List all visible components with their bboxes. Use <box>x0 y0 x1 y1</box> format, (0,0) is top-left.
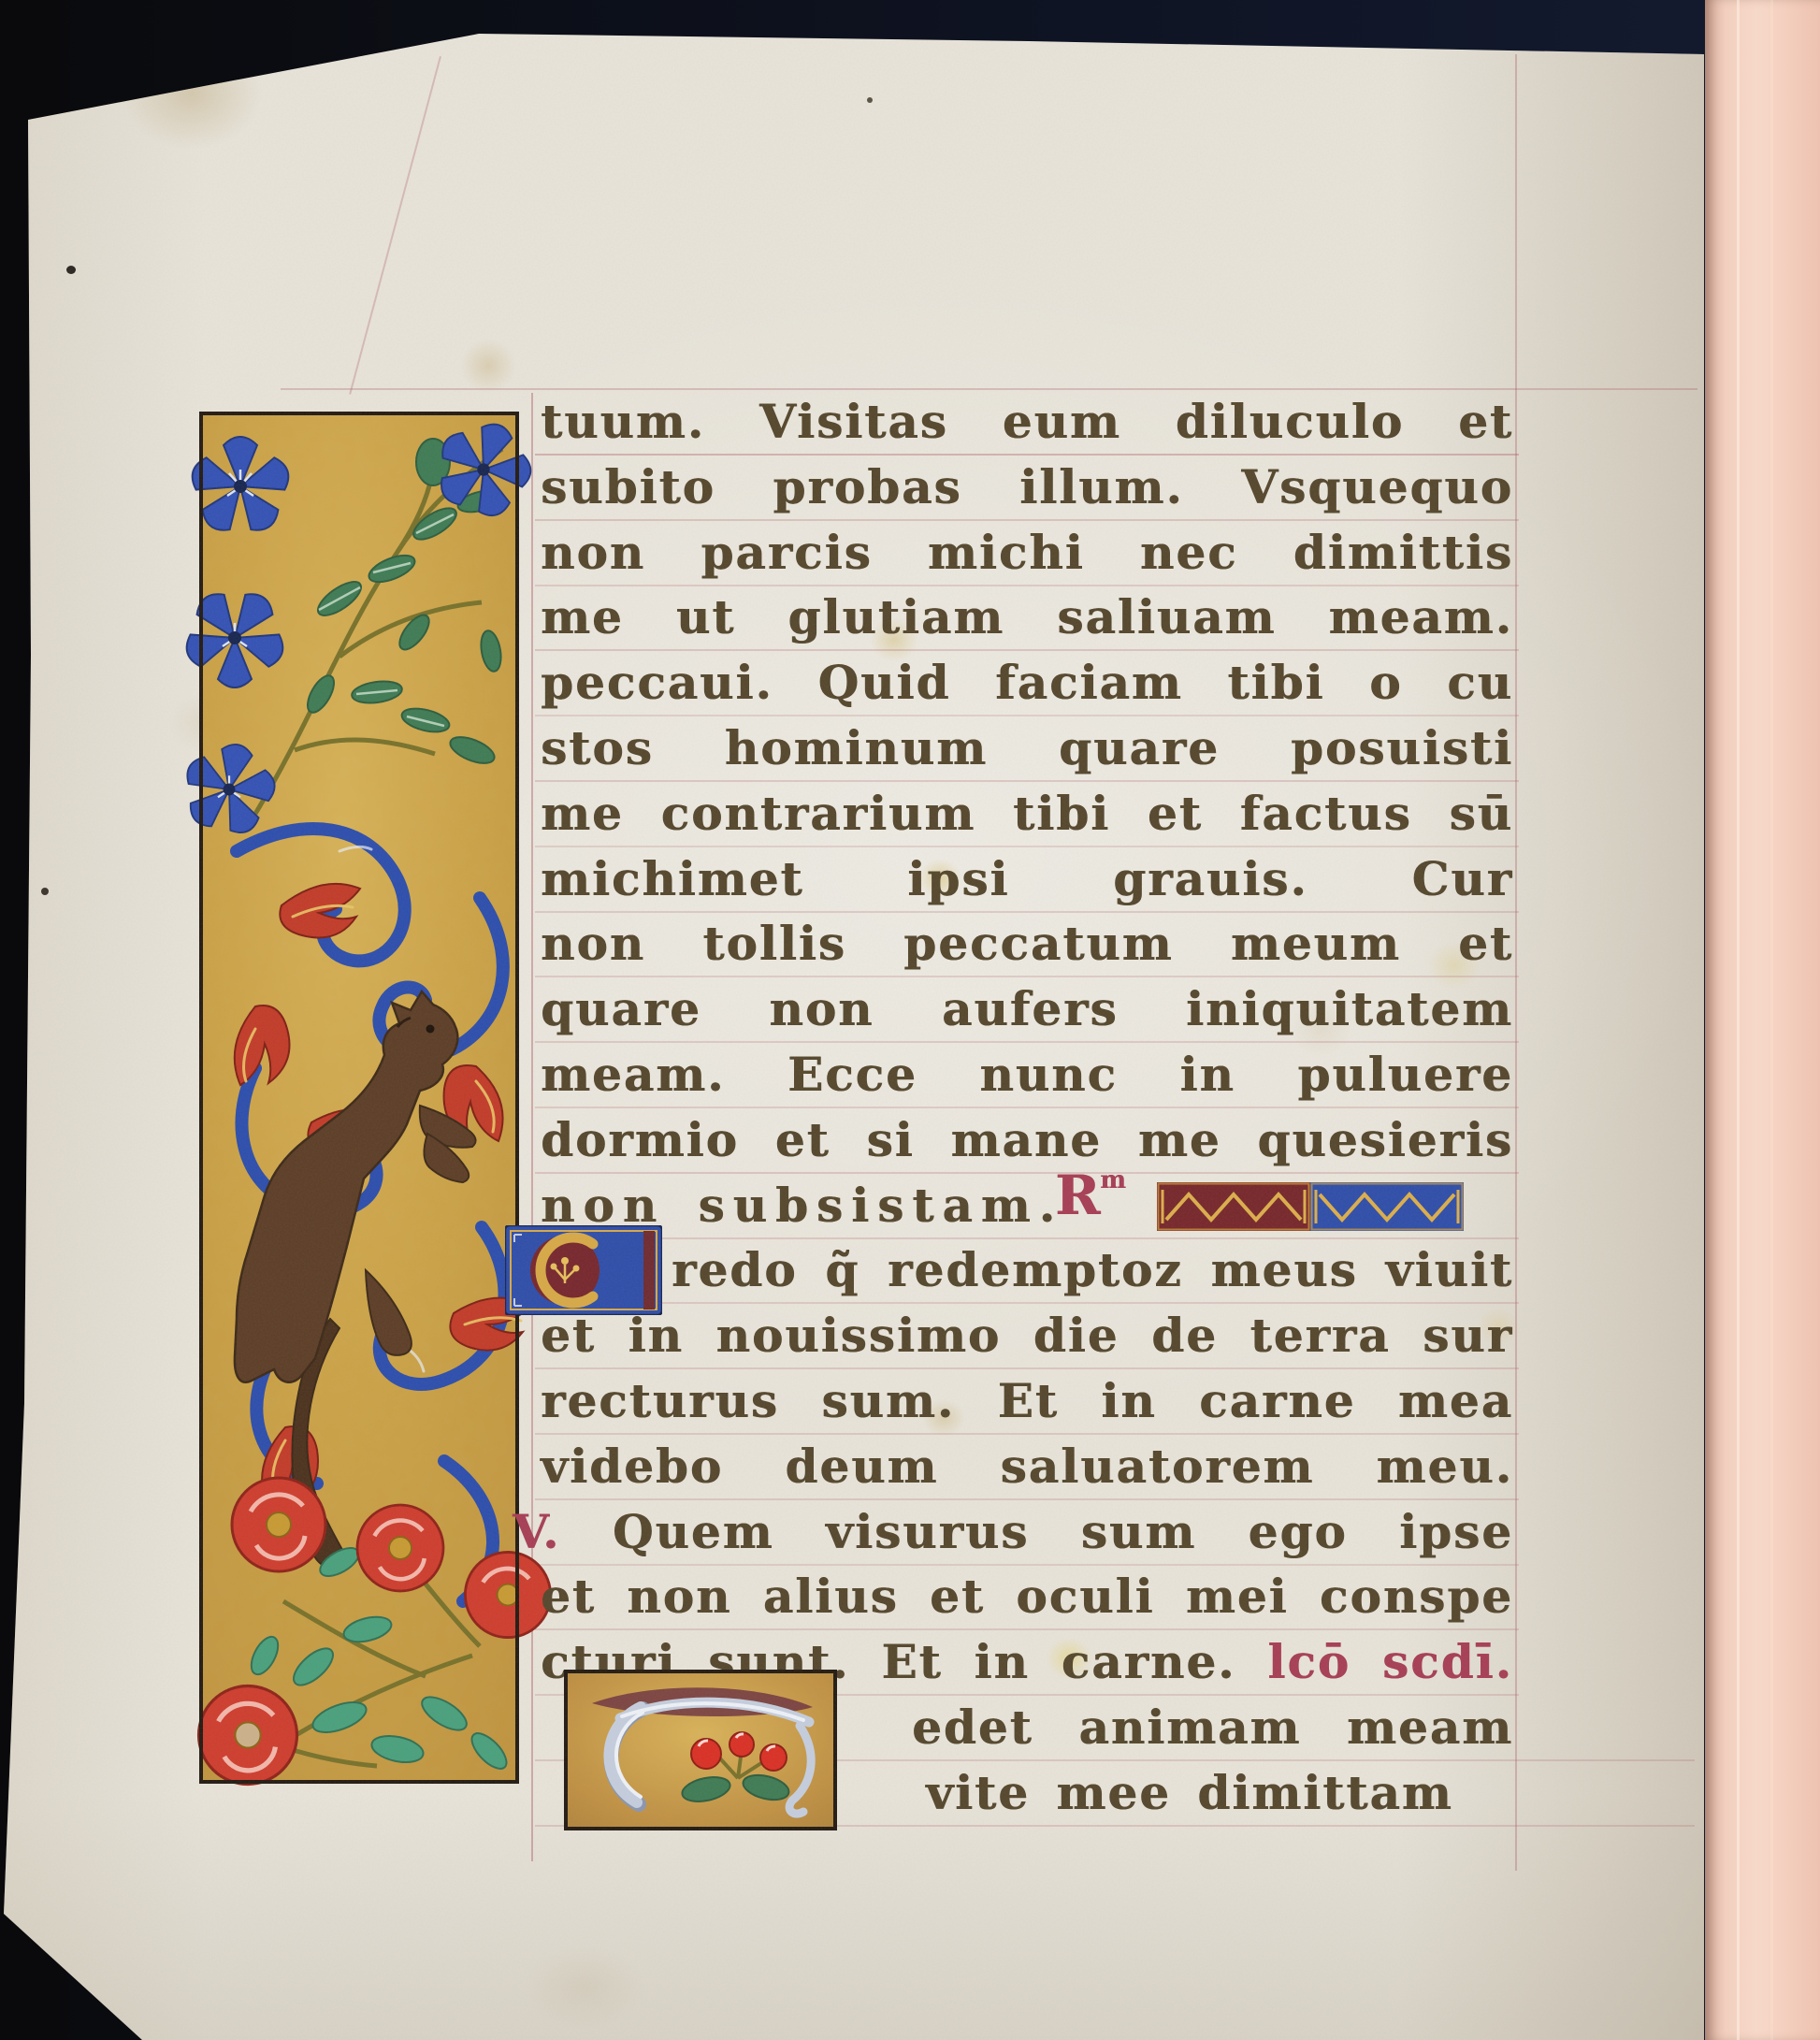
line-text: stos hominum quare posuisti <box>541 720 1513 775</box>
line-text: tuum. Visitas eum diluculo et <box>541 394 1513 449</box>
text-line: non parcis michi nec dimittis <box>541 524 1513 582</box>
line-text: peccaui. Quid faciam tibi o cu <box>541 655 1513 710</box>
text-line: dormio et si mane me quesieris <box>541 1111 1513 1169</box>
illuminated-border-panel <box>199 412 519 1784</box>
text-line: et in nouissimo die de terra sur <box>541 1307 1513 1365</box>
text-line: meam. Ecce nunc in puluere <box>541 1046 1513 1104</box>
line-text: non parcis michi nec dimittis <box>541 525 1513 580</box>
line-text: non tollis peccatum meum et <box>541 916 1513 971</box>
parchment-page: tuum. Visitas eum diluculo et subito pro… <box>0 0 1705 2040</box>
stain-mark <box>524 1946 645 2030</box>
line-text: et in nouissimo die de terra sur <box>541 1308 1513 1363</box>
line-text: videbo deum saluatorem meu. <box>541 1439 1513 1494</box>
text-line: vite mee dimittam <box>926 1764 1431 1822</box>
text-line: peccaui. Quid faciam tibi o cu <box>541 654 1513 712</box>
text-line: quare non aufers iniquitatem <box>541 980 1513 1038</box>
line-text: vite mee dimittam <box>926 1765 1453 1820</box>
text-line: redo q̃ redemptoz meus viuit <box>672 1241 1513 1299</box>
text-line: michimet ipsi grauis. Cur <box>541 850 1513 908</box>
line-text: me contrarium tibi et factus sū <box>541 786 1513 841</box>
text-line: edet animam meam <box>912 1699 1513 1757</box>
line-text: edet animam meam <box>912 1700 1513 1755</box>
responsory-letter: R <box>1055 1164 1100 1227</box>
line-text: dormio et si mane me quesieris <box>541 1112 1513 1167</box>
illuminated-initial-t <box>564 1670 837 1830</box>
responsory-mark: Rm <box>1055 1164 1126 1227</box>
line-text: meam. Ecce nunc in puluere <box>541 1047 1513 1102</box>
text-line: et non alius et oculi mei conspe <box>541 1568 1513 1626</box>
page-fore-edge <box>1705 0 1820 2040</box>
responsory-abbrev: m <box>1100 1166 1126 1194</box>
line-text: et non alius et oculi mei conspe <box>541 1569 1513 1624</box>
text-line: recturus sum. Et in carne mea <box>541 1372 1513 1430</box>
line-filler <box>1157 1182 1464 1231</box>
speck-mark <box>66 266 76 274</box>
text-line: tuum. Visitas eum diluculo et <box>541 393 1513 451</box>
manuscript-photo: tuum. Visitas eum diluculo et subito pro… <box>0 0 1820 2040</box>
speck-mark <box>867 97 873 103</box>
line-text: michimet ipsi grauis. Cur <box>541 851 1513 906</box>
text-line: stos hominum quare posuisti <box>541 719 1513 777</box>
text-line: V. Quem visurus sum ego ipse <box>513 1503 1513 1561</box>
line-text: redo q̃ redemptoz meus viuit <box>672 1242 1513 1297</box>
text-line: me contrarium tibi et factus sū <box>541 785 1513 843</box>
line-text: recturus sum. Et in carne mea <box>541 1373 1513 1428</box>
line-text: Quem visurus sum ego ipse <box>613 1504 1513 1559</box>
text-line: subito probas illum. Vsquequo <box>541 458 1513 516</box>
lectio-rubric: lcō scdī. <box>1267 1634 1513 1689</box>
line-text: subito probas illum. Vsquequo <box>541 459 1513 514</box>
versicle-mark: V. <box>513 1504 560 1559</box>
stain-mark <box>460 339 516 393</box>
speck-mark <box>41 888 49 895</box>
leaf-edge-line <box>1770 0 1773 2040</box>
text-line: non tollis peccatum meum et <box>541 915 1513 973</box>
text-line: me ut glutiam saliuam meam. <box>541 588 1513 646</box>
illuminated-initial-c <box>505 1225 662 1315</box>
leaf-edge-line <box>1737 0 1740 2040</box>
line-text: quare non aufers iniquitatem <box>541 981 1513 1036</box>
line-text: me ut glutiam saliuam meam. <box>541 589 1513 644</box>
text-line: videbo deum saluatorem meu. <box>541 1438 1513 1496</box>
